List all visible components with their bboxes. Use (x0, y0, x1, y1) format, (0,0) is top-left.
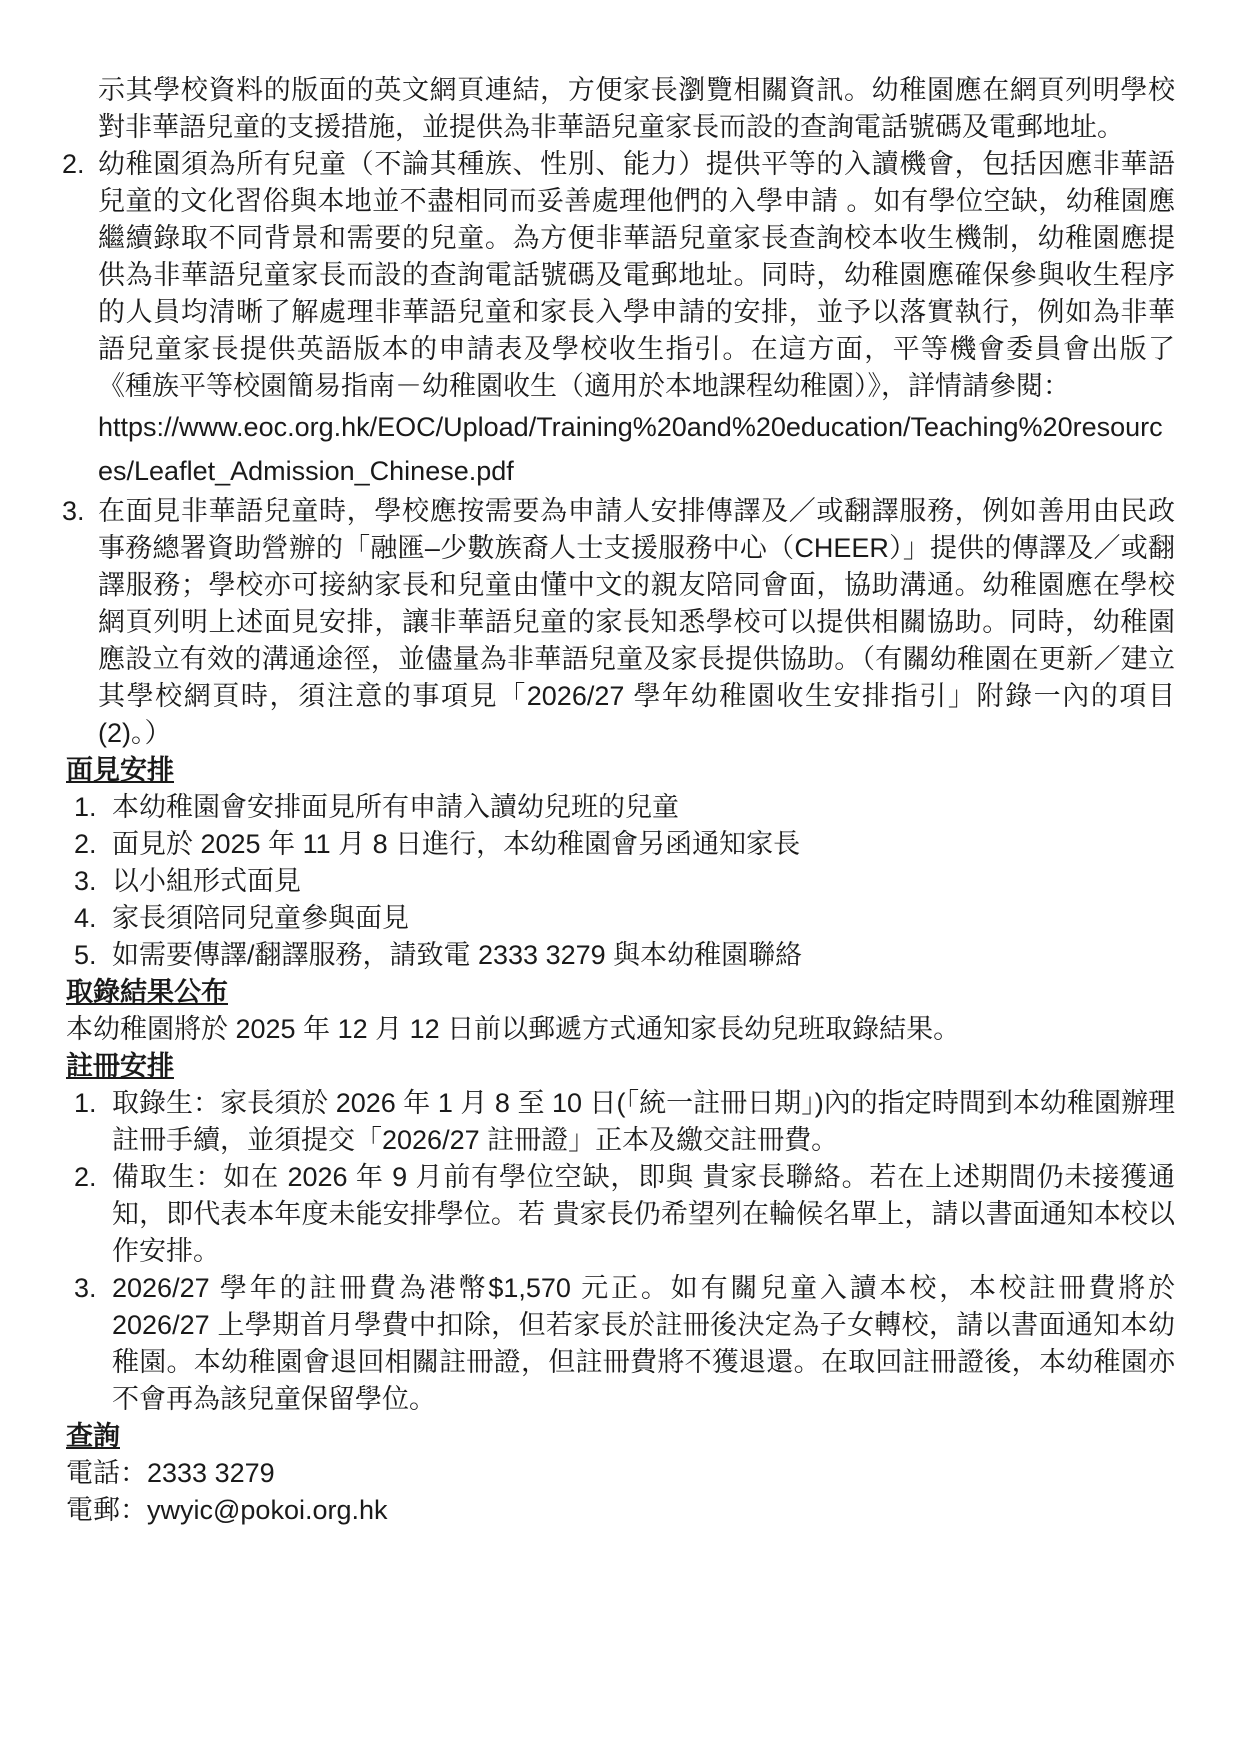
section-heading-result: 取錄結果公布 (66, 974, 1175, 1011)
interview-item-2-text: 面見於 2025 年 11 月 8 日進行，本幼稚園會另函通知家長 (112, 829, 800, 859)
registration-item-1-number: 1. (74, 1085, 97, 1122)
list-item-3-text: 在面見非華語兒童時，學校應按需要為申請人安排傳譯及／或翻譯服務，例如善用由民政事… (98, 496, 1175, 748)
registration-item-2: 2. 備取生：如在 2026 年 9 月前有學位空缺，即與 貴家長聯絡。若在上述… (66, 1159, 1175, 1270)
registration-item-1-text: 取錄生：家長須於 2026 年 1 月 8 至 10 日(「統一註冊日期」)內的… (112, 1088, 1175, 1155)
list-item-3-number: 3. (62, 493, 85, 530)
section-heading-interview: 面見安排 (66, 752, 1175, 789)
registration-item-2-number: 2. (74, 1159, 97, 1196)
enquiry-phone-line: 電話：2333 3279 (66, 1455, 1175, 1492)
section-heading-registration: 註冊安排 (66, 1048, 1175, 1085)
interview-item-3: 3. 以小組形式面見 (66, 863, 1175, 900)
interview-item-2: 2. 面見於 2025 年 11 月 8 日進行，本幼稚園會另函通知家長 (66, 826, 1175, 863)
list-item-2-number: 2. (62, 146, 85, 183)
enquiry-email-line: 電郵：ywyic@pokoi.org.hk (66, 1492, 1175, 1529)
interview-item-4-text: 家長須陪同兒童參與面見 (112, 903, 409, 933)
interview-item-1-text: 本幼稚園會安排面見所有申請入讀幼兒班的兒童 (112, 792, 679, 822)
interview-item-1: 1. 本幼稚園會安排面見所有申請入讀幼兒班的兒童 (66, 789, 1175, 826)
interview-item-2-number: 2. (74, 826, 97, 863)
document-page: 示其學校資料的版面的英文網頁連結，方便家長瀏覽相關資訊。幼稚園應在網頁列明學校對… (0, 0, 1241, 1755)
document-content: 示其學校資料的版面的英文網頁連結，方便家長瀏覽相關資訊。幼稚園應在網頁列明學校對… (0, 0, 1241, 1529)
result-paragraph: 本幼稚園將於 2025 年 12 月 12 日前以郵遞方式通知家長幼兒班取錄結果… (66, 1011, 1175, 1048)
list-item-3: 3. 在面見非華語兒童時，學校應按需要為申請人安排傳譯及／或翻譯服務，例如善用由… (66, 493, 1175, 752)
interview-item-3-text: 以小組形式面見 (112, 866, 301, 896)
list-item-2-text: 幼稚園須為所有兒童（不論其種族、性別、能力）提供平等的入讀機會，包括因應非華語兒… (98, 149, 1175, 401)
registration-item-3-text: 2026/27 學年的註冊費為港幣$1,570 元正。如有關兒童入讀本校，本校註… (112, 1273, 1175, 1414)
registration-item-1: 1. 取錄生：家長須於 2026 年 1 月 8 至 10 日(「統一註冊日期」… (66, 1085, 1175, 1159)
interview-item-3-number: 3. (74, 863, 97, 900)
interview-item-5-text: 如需要傳譯/翻譯服務，請致電 2333 3279 與本幼稚園聯絡 (112, 940, 802, 970)
interview-item-4-number: 4. (74, 900, 97, 937)
registration-item-3: 3. 2026/27 學年的註冊費為港幣$1,570 元正。如有關兒童入讀本校，… (66, 1270, 1175, 1418)
registration-item-2-text: 備取生：如在 2026 年 9 月前有學位空缺，即與 貴家長聯絡。若在上述期間仍… (112, 1162, 1175, 1266)
item1-continuation-paragraph: 示其學校資料的版面的英文網頁連結，方便家長瀏覽相關資訊。幼稚園應在網頁列明學校對… (66, 72, 1175, 146)
eoc-leaflet-url[interactable]: https://www.eoc.org.hk/EOC/Upload/Traini… (98, 405, 1175, 493)
interview-item-5-number: 5. (74, 937, 97, 974)
section-heading-enquiry: 查詢 (66, 1418, 1175, 1455)
enquiry-email-address: ywyic@pokoi.org.hk (147, 1495, 388, 1525)
interview-item-4: 4. 家長須陪同兒童參與面見 (66, 900, 1175, 937)
registration-item-3-number: 3. (74, 1270, 97, 1307)
list-item-2: 2. 幼稚園須為所有兒童（不論其種族、性別、能力）提供平等的入讀機會，包括因應非… (66, 146, 1175, 493)
interview-item-5: 5. 如需要傳譯/翻譯服務，請致電 2333 3279 與本幼稚園聯絡 (66, 937, 1175, 974)
enquiry-phone-number: 2333 3279 (147, 1458, 275, 1488)
enquiry-email-label: 電郵： (66, 1495, 147, 1525)
interview-item-1-number: 1. (74, 789, 97, 826)
enquiry-phone-label: 電話： (66, 1458, 147, 1488)
